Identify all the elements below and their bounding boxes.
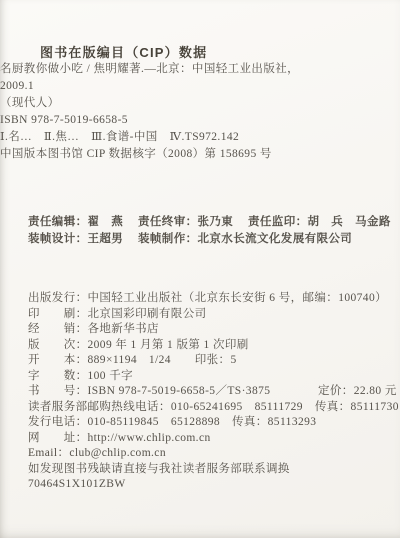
format-line: 开 本：889×1194 1/24 印张：5 bbox=[28, 353, 400, 369]
cip-data-section: 图书在版编目（CIP）数据 名厨教你做小吃 / 焦明耀著.—北京：中国轻工业出版… bbox=[0, 0, 400, 163]
designer-name: 王超男 bbox=[88, 233, 124, 245]
website-line: 网 址：http://www.chlip.com.cn bbox=[28, 431, 400, 447]
binding-production-credit: 装帧制作：北京水长流文化发展有限公司 bbox=[138, 231, 400, 248]
sales-phone-value: 010-85119845 65128898 传真：85113293 bbox=[88, 416, 317, 428]
final-reviewer-label: 责任终审： bbox=[138, 216, 198, 228]
editor-name: 翟 燕 bbox=[88, 216, 124, 228]
classification-line: Ⅰ.名… Ⅱ.焦… Ⅲ.食谱-中国 Ⅳ.TS972.142 bbox=[0, 129, 400, 146]
publisher-line: 出版发行：中国轻工业出版社（北京东长安街 6 号，邮编：100740） bbox=[28, 291, 400, 307]
publisher-label: 出版发行： bbox=[28, 292, 88, 304]
book-number-line: 书 号：ISBN 978-7-5019-6658-5／TS·3875 定价：22… bbox=[28, 384, 400, 400]
series-line: （现代人） bbox=[0, 95, 400, 112]
format-label: 开 本： bbox=[28, 354, 88, 366]
design-label: 装帧设计： bbox=[28, 233, 88, 245]
binding-production-label: 装帧制作： bbox=[138, 233, 198, 245]
print-supervisor-label: 责任监印： bbox=[248, 216, 308, 228]
book-number-label: 书 号： bbox=[28, 385, 88, 397]
editor-label: 责任编辑： bbox=[28, 216, 88, 228]
printer-line: 印 刷：北京国彩印刷有限公司 bbox=[28, 307, 400, 323]
isbn-line: ISBN 978-7-5019-6658-5 bbox=[0, 112, 400, 129]
sales-phone-label: 发行电话： bbox=[28, 416, 88, 428]
email-label: Email： bbox=[28, 447, 69, 459]
cip-heading: 图书在版编目（CIP）数据 bbox=[40, 44, 400, 61]
staff-row-2: 装帧设计：王超男 装帧制作：北京水长流文化发展有限公司 bbox=[28, 231, 400, 248]
binding-production-company: 北京水长流文化发展有限公司 bbox=[198, 233, 353, 245]
final-reviewer-name: 张乃東 bbox=[198, 216, 234, 228]
reader-service-phone-label: 读者服务部邮购热线电话： bbox=[28, 401, 171, 413]
word-count-line: 字 数：100 千字 bbox=[28, 369, 400, 385]
printer-label: 印 刷： bbox=[28, 308, 88, 320]
word-count-value: 100 千字 bbox=[88, 370, 134, 382]
word-count-label: 字 数： bbox=[28, 370, 88, 382]
edition-value: 2009 年 1 月第 1 版第 1 次印刷 bbox=[88, 339, 249, 351]
editor-credit: 责任编辑：翟 燕 bbox=[28, 214, 138, 231]
website-url: http://www.chlip.com.cn bbox=[88, 432, 211, 444]
email-line: Email：club@chlip.com.cn bbox=[28, 446, 400, 462]
website-label: 网 址： bbox=[28, 432, 88, 444]
publication-details-section: 出版发行：中国轻工业出版社（北京东长安街 6 号，邮编：100740） 印 刷：… bbox=[28, 291, 400, 493]
design-credit: 装帧设计：王超男 bbox=[28, 231, 138, 248]
book-title-line: 名厨教你做小吃 / 焦明耀著.—北京：中国轻工业出版社， bbox=[0, 61, 400, 78]
printer-value: 北京国彩印刷有限公司 bbox=[88, 308, 207, 320]
staff-credits-section: 责任编辑：翟 燕 责任终审：张乃東 责任监印：胡 兵 马金路 装帧设计：王超男 … bbox=[28, 214, 400, 247]
print-supervisor-names: 胡 兵 马金路 bbox=[308, 216, 391, 228]
sales-phone-line: 发行电话：010-85119845 65128898 传真：85113293 bbox=[28, 415, 400, 431]
format-value: 889×1194 1/24 印张：5 bbox=[88, 354, 237, 366]
distributor-line: 经 销：各地新华书店 bbox=[28, 322, 400, 338]
edition-label: 版 次： bbox=[28, 339, 88, 351]
distributor-label: 经 销： bbox=[28, 323, 88, 335]
email-address: club@chlip.com.cn bbox=[69, 447, 166, 459]
book-number-value: ISBN 978-7-5019-6658-5／TS·3875 定价：22.80 … bbox=[88, 385, 397, 397]
publisher-value: 中国轻工业出版社（北京东长安街 6 号，邮编：100740） bbox=[88, 292, 388, 304]
reader-service-phone-line: 读者服务部邮购热线电话：010-65241695 85111729 传真：851… bbox=[28, 400, 400, 416]
final-reviewer-credit: 责任终审：张乃東 bbox=[138, 214, 248, 231]
staff-row-1: 责任编辑：翟 燕 责任终审：张乃東 责任监印：胡 兵 马金路 bbox=[28, 214, 400, 231]
publish-year-line: 2009.1 bbox=[0, 78, 400, 95]
print-supervisor-credit: 责任监印：胡 兵 马金路 bbox=[248, 214, 400, 231]
reader-service-phone-value: 010-65241695 85111729 传真：85111730 bbox=[171, 401, 399, 413]
cip-record-line: 中国版本图书馆 CIP 数据核字（2008）第 158695 号 bbox=[0, 146, 400, 163]
print-batch-code: 70464S1X101ZBW bbox=[28, 477, 400, 493]
edition-line: 版 次：2009 年 1 月第 1 版第 1 次印刷 bbox=[28, 338, 400, 354]
defect-exchange-notice: 如发现图书残缺请直接与我社读者服务部联系调换 bbox=[28, 462, 400, 478]
distributor-value: 各地新华书店 bbox=[88, 323, 159, 335]
colophon-page: 图书在版编目（CIP）数据 名厨教你做小吃 / 焦明耀著.—北京：中国轻工业出版… bbox=[0, 0, 400, 538]
